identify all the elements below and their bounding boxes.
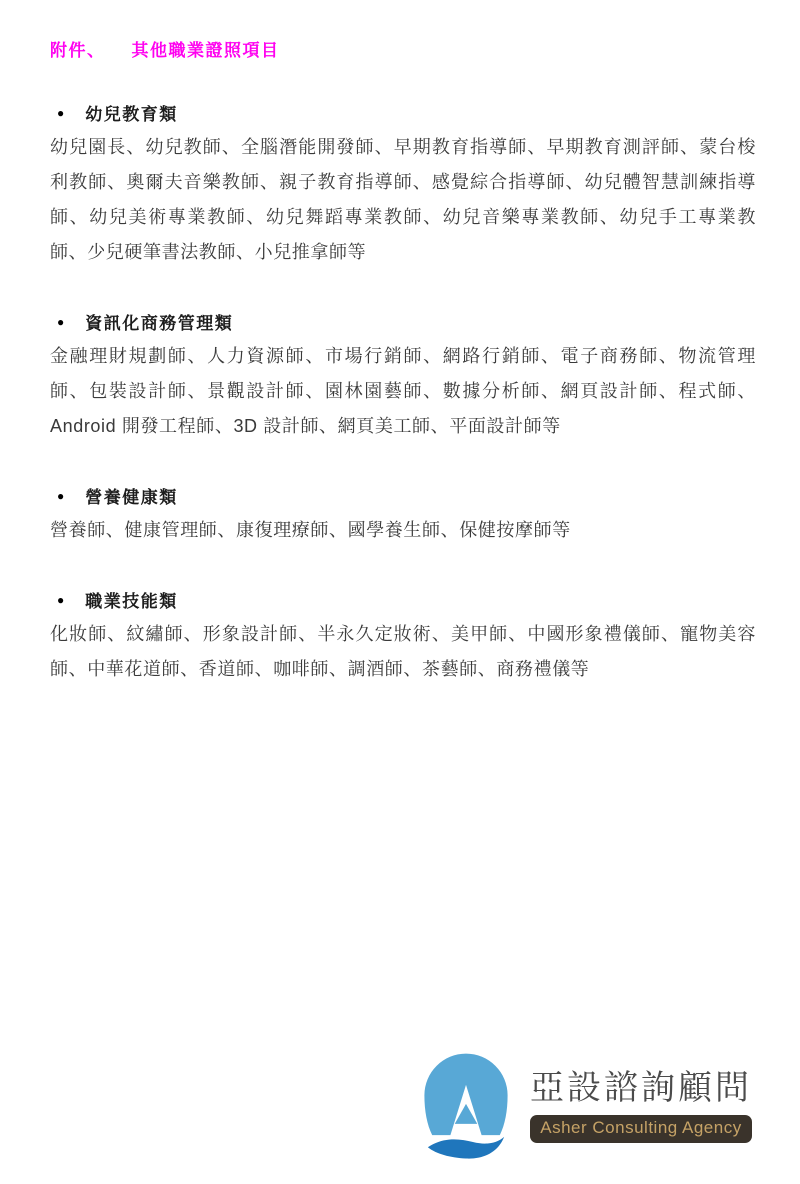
bullet-icon: ●: [57, 594, 64, 606]
logo-wave-shape: [428, 1137, 504, 1159]
section-heading-row: ● 營養健康類: [50, 483, 756, 508]
section-vocational-skills: ● 職業技能類 化妝師、紋繡師、形象設計師、半永久定妝術、美甲師、中國形象禮儀師…: [50, 587, 756, 687]
logo-text-block: 亞設諮詢顧問 Asher Consulting Agency: [530, 1050, 752, 1143]
section-nutrition-health: ● 營養健康類 營養師、健康管理師、康復理療師、國學養生師、保健按摩師等: [50, 483, 756, 548]
page-title-prefix: 附件、: [50, 41, 106, 60]
bullet-icon: ●: [57, 107, 64, 119]
section-heading-row: ● 資訊化商務管理類: [50, 309, 756, 334]
section-title: 職業技能類: [85, 587, 178, 612]
page-title: 附件、其他職業證照項目: [50, 36, 756, 61]
section-body: 金融理財規劃師、人力資源師、市場行銷師、網路行銷師、電子商務師、物流管理師、包裝…: [50, 339, 756, 444]
bullet-icon: ●: [57, 490, 64, 502]
section-title: 營養健康類: [85, 483, 178, 508]
company-name-zh: 亞設諮詢顧問: [530, 1070, 752, 1107]
section-it-business-management: ● 資訊化商務管理類 金融理財規劃師、人力資源師、市場行銷師、網路行銷師、電子商…: [50, 309, 756, 444]
section-early-childhood-education: ● 幼兒教育類 幼兒園長、幼兒教師、全腦潛能開發師、早期教育指導師、早期教育測評…: [50, 100, 756, 270]
section-body: 營養師、健康管理師、康復理療師、國學養生師、保健按摩師等: [50, 513, 756, 548]
section-heading-row: ● 幼兒教育類: [50, 100, 756, 125]
document-page: 附件、其他職業證照項目 ● 幼兒教育類 幼兒園長、幼兒教師、全腦潛能開發師、早期…: [50, 0, 756, 687]
section-title: 幼兒教育類: [85, 100, 178, 125]
section-body: 幼兒園長、幼兒教師、全腦潛能開發師、早期教育指導師、早期教育測評師、蒙台梭利教師…: [50, 130, 756, 270]
section-body: 化妝師、紋繡師、形象設計師、半永久定妝術、美甲師、中國形象禮儀師、寵物美容師、中…: [50, 617, 756, 687]
asher-logo-icon: [414, 1050, 518, 1163]
section-heading-row: ● 職業技能類: [50, 587, 756, 612]
asher-consulting-logo: 亞設諮詢顧問 Asher Consulting Agency: [414, 1050, 752, 1163]
page-title-text: 其他職業證照項目: [132, 41, 280, 60]
company-name-en-badge: Asher Consulting Agency: [530, 1115, 752, 1142]
bullet-icon: ●: [57, 316, 64, 328]
section-title: 資訊化商務管理類: [85, 309, 233, 334]
